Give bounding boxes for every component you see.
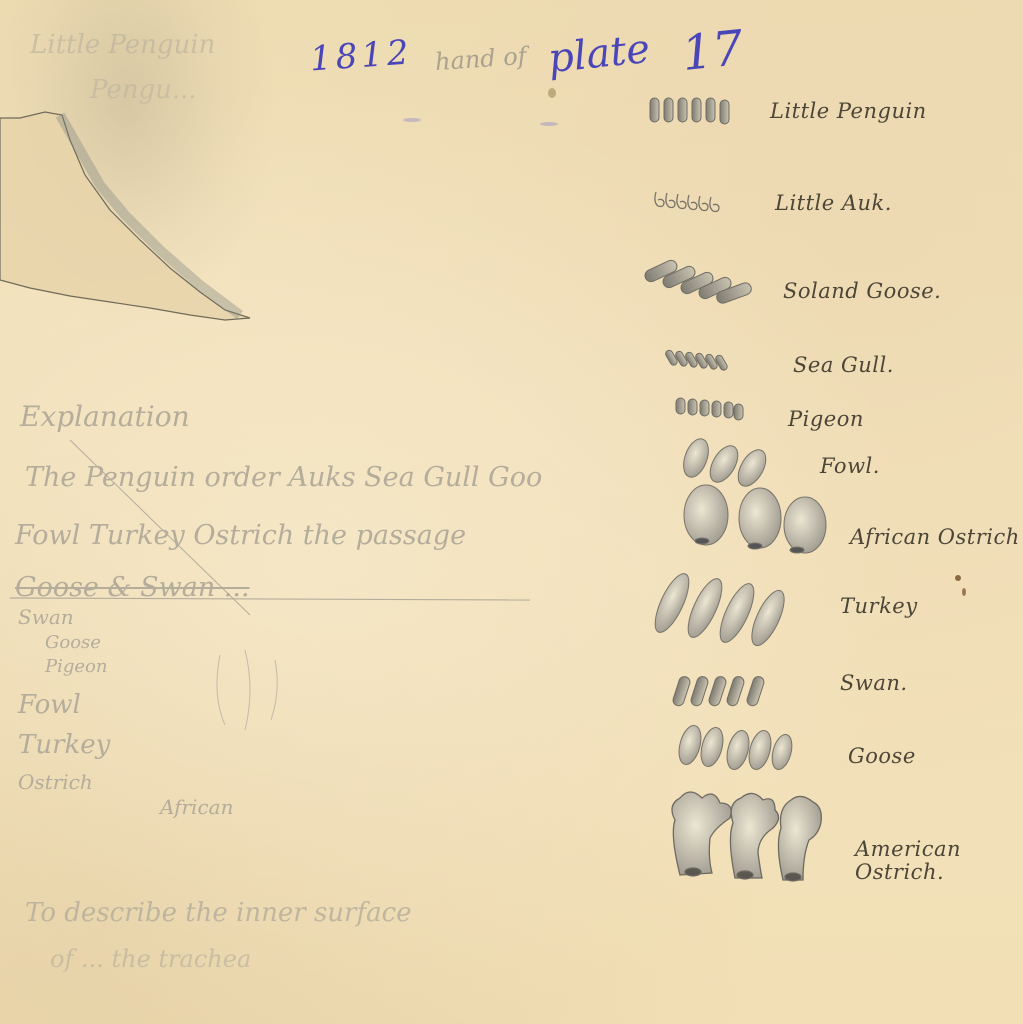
specimen-row: Soland Goose.	[783, 280, 941, 303]
paper-speck	[955, 575, 961, 581]
specimen-label: Pigeon	[788, 408, 864, 431]
specimen-label: Swan.	[840, 672, 908, 695]
manuscript-sheet: 1812 hand of plate 17 Little Penguin Pen…	[0, 0, 1023, 1024]
specimen-row: American Ostrich.	[855, 838, 961, 884]
pigeon-figures	[676, 398, 743, 420]
specimen-list: Little Penguin Little Auk. Soland Goose.…	[0, 0, 1023, 1024]
american-ostrich-figures	[672, 792, 821, 881]
specimen-row: Swan.	[840, 672, 908, 695]
specimen-row: Little Auk.	[775, 192, 892, 215]
specimen-row: African Ostrich	[850, 526, 1020, 549]
swan-figures	[672, 675, 766, 707]
specimen-row: Pigeon	[788, 408, 864, 431]
turkey-figures	[649, 569, 791, 649]
ink-blot	[540, 122, 558, 126]
little-penguin-figures	[650, 98, 729, 124]
specimen-label: American Ostrich.	[855, 838, 961, 884]
specimen-row: Little Penguin	[770, 100, 927, 123]
sea-gull-figures	[664, 349, 728, 371]
goose-figures	[675, 723, 795, 772]
ink-blot	[403, 118, 421, 122]
paper-speck	[962, 588, 966, 596]
little-auk-figures	[655, 192, 719, 212]
specimen-label: Little Auk.	[775, 192, 892, 215]
specimen-label: Fowl.	[820, 455, 880, 478]
specimen-row: Fowl.	[820, 455, 880, 478]
specimen-label: Goose	[848, 745, 916, 768]
african-ostrich-figures	[684, 485, 826, 553]
specimen-row: Goose	[848, 745, 916, 768]
soland-goose-figures	[643, 258, 753, 304]
specimen-row: Sea Gull.	[793, 354, 894, 377]
paper-speck	[548, 88, 556, 98]
specimen-label: African Ostrich	[850, 526, 1020, 549]
specimen-row: Turkey	[840, 595, 918, 618]
specimen-label: Sea Gull.	[793, 354, 894, 377]
fowl-figures	[679, 435, 772, 490]
specimen-label: Soland Goose.	[783, 280, 941, 303]
specimen-label: Turkey	[840, 595, 918, 618]
specimen-label: Little Penguin	[770, 100, 927, 123]
